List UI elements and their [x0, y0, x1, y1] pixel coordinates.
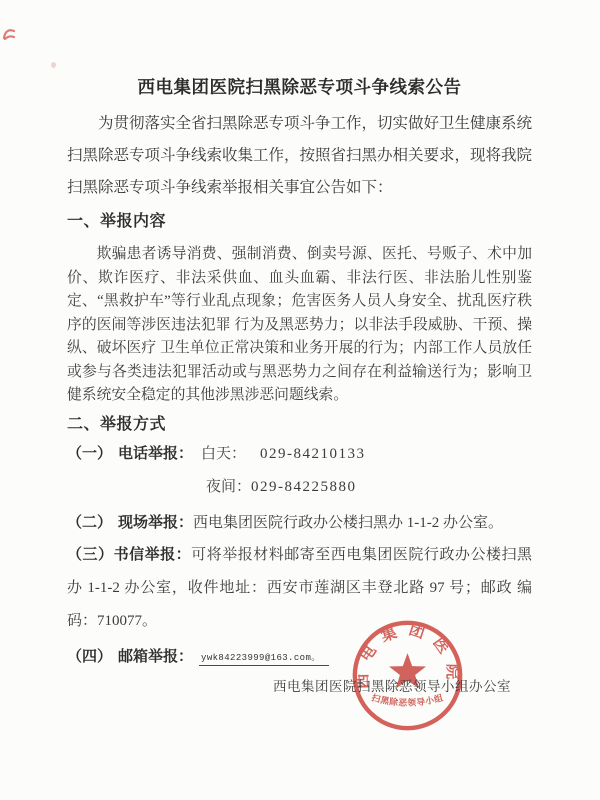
ink-dot: [51, 62, 56, 68]
red-ink-smudge: [2, 27, 17, 41]
document-title: 西电集团医院扫黑除恶专项斗争线索公告: [67, 74, 532, 100]
scanned-notice-page: 西电集团医院扫黑除恶专项斗争线索公告 为贯彻落实全省扫黑除恶专项斗争工作，切实做…: [0, 0, 600, 800]
phone-number-night: 029-84225880: [251, 479, 357, 495]
section2-heading: 二、举报方式: [67, 413, 532, 437]
item-label: 书信举报：: [114, 547, 192, 563]
document-body: 西电集团医院扫黑除恶专项斗争线索公告 为贯彻落实全省扫黑除恶专项斗争工作，切实做…: [67, 74, 532, 670]
item-number: （四）: [67, 649, 112, 665]
item-number: （二）: [67, 515, 112, 531]
item-number: （一）: [67, 446, 112, 462]
intro-paragraph: 为贯彻落实全省扫黑除恶专项斗争工作，切实做好卫生健康系统扫黑除恶专项斗争线索收集…: [67, 108, 532, 204]
report-item-phone: （一）电话举报：白天：029-84210133: [67, 442, 532, 466]
phone-number-day: 029-84210133: [260, 446, 366, 462]
report-item-onsite: （二）现场举报：西电集团医院行政办公楼扫黑办 1-1-2 办公室。: [67, 511, 532, 535]
section1-heading: 一、举报内容: [67, 210, 532, 234]
item-text: 西电集团医院行政办公楼扫黑办 1-1-2 办公室。: [193, 515, 503, 531]
signature-line: 西电集团医院扫黑除恶领导小组办公室: [67, 678, 511, 695]
report-item-phone-night: 夜间：029-84225880: [67, 475, 532, 499]
official-seal: 西电集团医院 扫黑除恶领导小组: [349, 617, 466, 734]
night-label: 夜间：: [206, 479, 251, 495]
item-label: 电话举报：: [118, 446, 193, 462]
email-address: ywk84223999@163.com。: [199, 653, 329, 666]
item-label: 现场举报：: [118, 515, 193, 531]
item-number: （三）: [67, 547, 114, 563]
section1-body: 欺骗患者诱导消费、强制消费、倒卖号源、医托、号贩子、术中加价、欺诈医疗、非法采供…: [67, 243, 532, 408]
item-label: 邮箱举报：: [118, 649, 193, 665]
day-label: 白天：: [201, 446, 246, 462]
